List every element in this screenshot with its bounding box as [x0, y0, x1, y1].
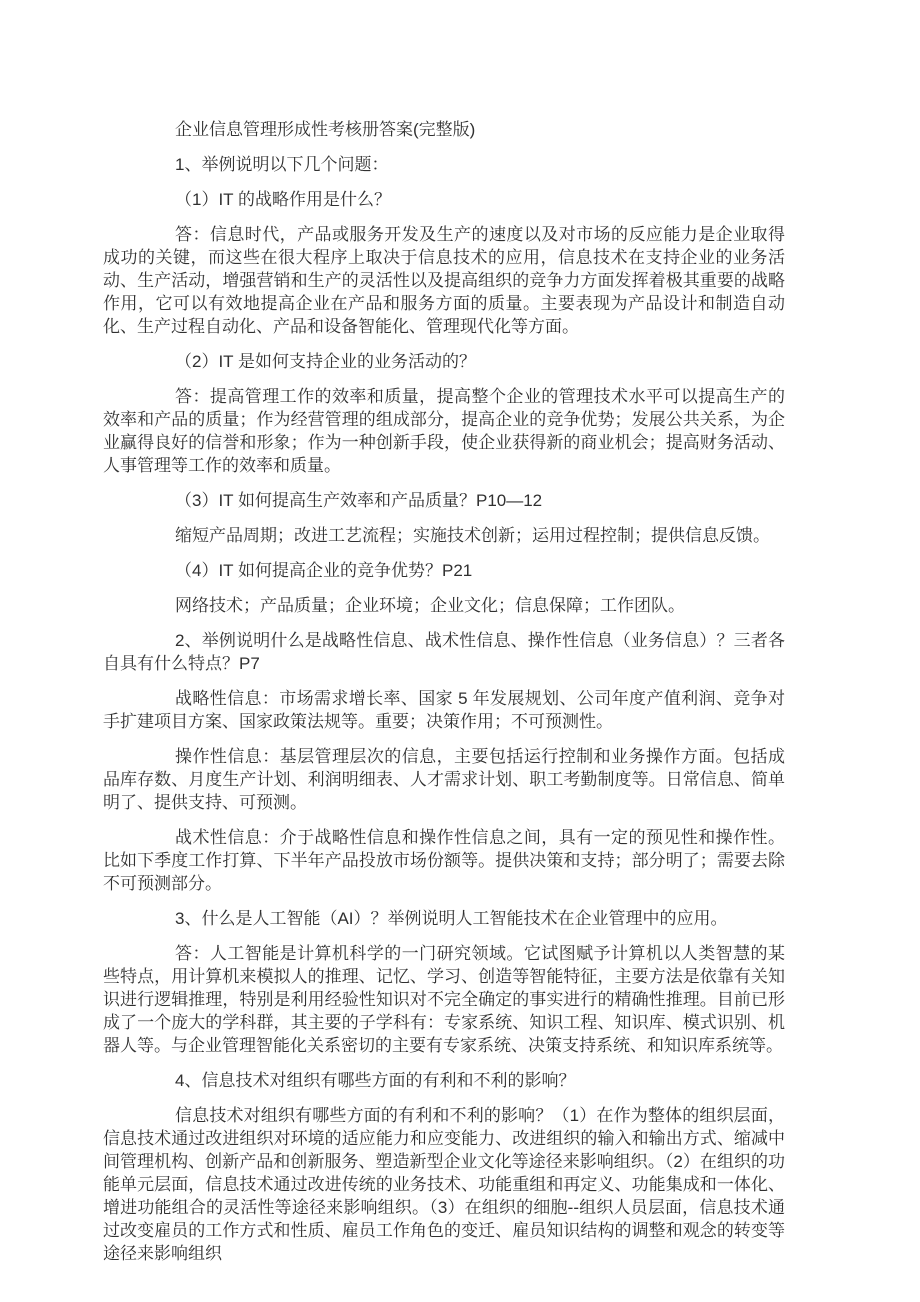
question-1-sub-2: （2）IT 是如何支持企业的业务活动的？: [103, 350, 785, 373]
answer-2-strategic-info: 战略性信息：市场需求增长率、国家 5 年发展规划、公司年度产值利润、竞争对手扩建…: [103, 687, 785, 733]
question-1-sub-3: （3）IT 如何提高生产效率和产品质量？P10—12: [103, 489, 785, 512]
question-1-sub-1: （1）IT 的战略作用是什么？: [103, 188, 785, 211]
question-2: 2、举例说明什么是战略性信息、战术性信息、操作性信息（业务信息）？三者各自具有什…: [103, 629, 785, 675]
answer-2-tactical-info: 战术性信息：介于战略性信息和操作性信息之间，具有一定的预见性和操作性。比如下季度…: [103, 826, 785, 895]
answer-2-operational-info: 操作性信息：基层管理层次的信息，主要包括运行控制和业务操作方面。包括成品库存数、…: [103, 745, 785, 814]
answer-1-3: 缩短产品周期；改进工艺流程；实施技术创新；运用过程控制；提供信息反馈。: [103, 524, 785, 547]
answer-4: 信息技术对组织有哪些方面的有利和不利的影响？（1）在作为整体的组织层面，信息技术…: [103, 1104, 785, 1265]
answer-1-2: 答：提高管理工作的效率和质量，提高整个企业的管理技术水平可以提高生产的效率和产品…: [103, 385, 785, 477]
document-title: 企业信息管理形成性考核册答案(完整版): [103, 118, 785, 141]
question-4: 4、信息技术对组织有哪些方面的有利和不利的影响？: [103, 1069, 785, 1092]
question-1-heading: 1、举例说明以下几个问题：: [103, 153, 785, 176]
question-3: 3、什么是人工智能（AI）？举例说明人工智能技术在企业管理中的应用。: [103, 907, 785, 930]
answer-3: 答：人工智能是计算机科学的一门研究领域。它试图赋予计算机以人类智慧的某些特点，用…: [103, 942, 785, 1057]
document-page: 企业信息管理形成性考核册答案(完整版) 1、举例说明以下几个问题： （1）IT …: [0, 0, 920, 1302]
answer-1-4: 网络技术；产品质量；企业环境；企业文化；信息保障；工作团队。: [103, 594, 785, 617]
answer-1-1: 答：信息时代，产品或服务开发及生产的速度以及对市场的反应能力是企业取得成功的关键…: [103, 223, 785, 338]
question-1-sub-4: （4）IT 如何提高企业的竞争优势？P21: [103, 559, 785, 582]
document-body: 企业信息管理形成性考核册答案(完整版) 1、举例说明以下几个问题： （1）IT …: [0, 0, 920, 1265]
